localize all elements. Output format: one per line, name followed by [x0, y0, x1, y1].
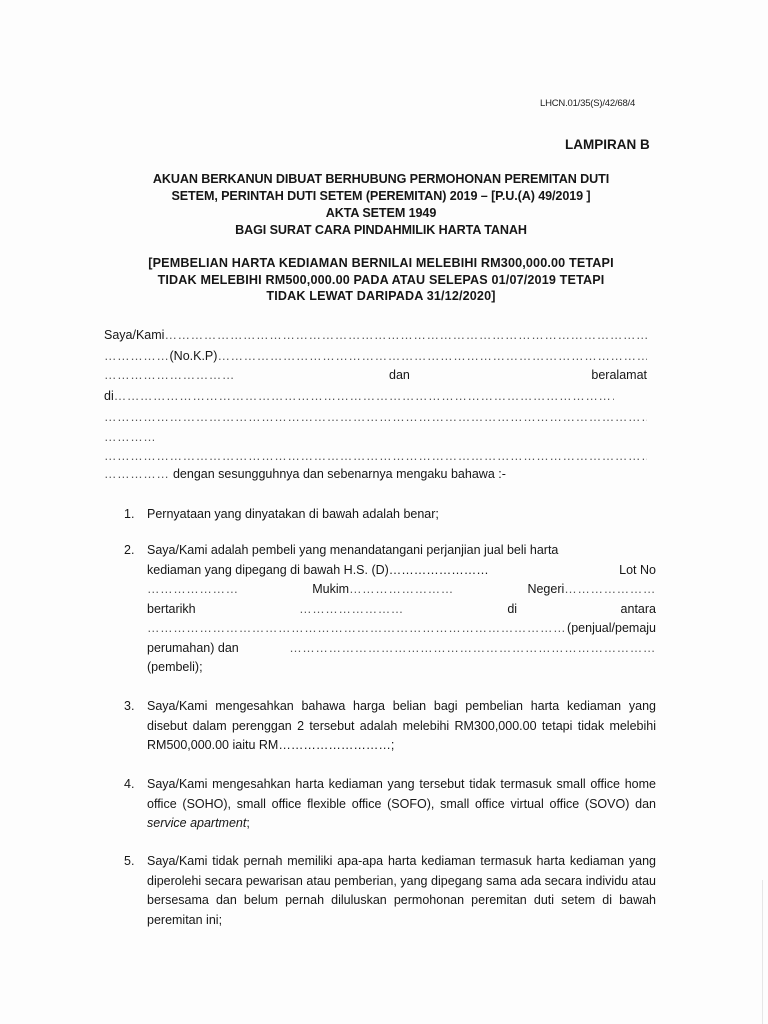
item-number: 3. — [124, 697, 134, 717]
statement-item-4: 4. Saya/Kami mengesahkan harta kediaman … — [124, 775, 656, 834]
buyer-blank[interactable]: ………………………………………………………………………… — [289, 639, 656, 659]
between-label: antara — [621, 600, 656, 620]
title-line: SETEM, PERINTAH DUTI SETEM (PEREMITAN) 2… — [100, 188, 662, 205]
address-blank-2[interactable]: …………………………………………………………………………………………………………… — [104, 410, 647, 424]
lot-blank[interactable]: ………………… — [147, 580, 239, 600]
statement-item-5: 5. Saya/Kami tidak pernah memiliki apa-a… — [124, 852, 656, 930]
item-number: 2. — [124, 541, 134, 561]
and-address-row: ………………………… dan beralamat — [104, 368, 647, 382]
statement-item-3: 3. Saya/Kami mengesahkan bahawa harga be… — [124, 697, 656, 756]
reference-number: LHCN.01/35(S)/42/68/4 — [540, 98, 635, 109]
at-label: di — [507, 600, 517, 620]
ic-blank[interactable]: …………………………………………………………………………………………………………… — [217, 349, 647, 363]
item-line: bertarikh …………………… di antara — [147, 600, 656, 620]
item-number: 1. — [124, 505, 134, 525]
document-page: LHCN.01/35(S)/42/68/4 LAMPIRAN B AKUAN B… — [0, 0, 768, 1024]
item-line: ………………… Mukim…………………… Negeri………………… — [147, 580, 656, 600]
item-text: Saya/Kami mengesahkan bahawa harga belia… — [147, 697, 656, 756]
address-field-1[interactable]: di……………………………………………………………………………………………………… — [104, 388, 614, 404]
subtitle-line: [PEMBELIAN HARTA KEDIAMAN BERNILAI MELEB… — [100, 255, 662, 272]
developer-and-label: perumahan) dan — [147, 639, 239, 659]
subtitle-line: TIDAK MELEBIHI RM500,000.00 PADA ATAU SE… — [100, 272, 662, 289]
second-party-blank[interactable]: ………………………… — [104, 368, 239, 382]
and-label: dan — [389, 368, 410, 382]
item-number: 5. — [124, 852, 134, 872]
item-text: Saya/Kami mengesahkan harta kediaman yan… — [147, 775, 656, 834]
name-label: Saya/Kami — [104, 328, 164, 342]
item-text-italic: service apartment — [147, 816, 246, 830]
lot-label: Lot No — [619, 561, 656, 581]
declaration-line: …………… dengan sesungguhnya dan sebenarnya… — [104, 466, 647, 482]
title-line: AKUAN BERKANUN DIBUAT BERHUBUNG PERMOHON… — [100, 171, 662, 188]
item-body: Saya/Kami adalah pembeli yang menandatan… — [147, 541, 656, 678]
mukim-label: Mukim — [312, 582, 349, 596]
address-blank-3[interactable]: …………………………………………………………………………………………………………… — [104, 430, 154, 444]
seller-label: (penjual/pemaju — [567, 619, 656, 639]
document-title: AKUAN BERKANUN DIBUAT BERHUBUNG PERMOHON… — [100, 171, 662, 239]
date-blank[interactable]: …………………… — [299, 600, 404, 620]
address-field-4[interactable]: …………………………………………………………………………………………………………… — [104, 448, 647, 464]
address-blank-5[interactable]: …………… — [104, 467, 170, 481]
declaration-closing: dengan sesungguhnya dan sebenarnya menga… — [173, 467, 506, 481]
ic-field[interactable]: ……………(No.K.P)………………………………………………………………………… — [104, 348, 647, 364]
item-line: Saya/Kami adalah pembeli yang menandatan… — [147, 541, 656, 561]
at-label: di — [104, 389, 114, 403]
negeri-label: Negeri — [527, 582, 564, 596]
address-field-3[interactable]: …………………………………………………………………………………………………………… — [104, 429, 154, 445]
seller-blank[interactable]: …………………………………………………………………………………… — [147, 619, 566, 639]
subtitle-line: TIDAK LEWAT DARIPADA 31/12/2020] — [100, 288, 662, 305]
address-blank-4[interactable]: …………………………………………………………………………………………………………… — [104, 449, 647, 463]
address-blank-1[interactable]: …………………………………………………………………………………………………………… — [114, 389, 614, 403]
negeri-field[interactable]: Negeri………………… — [527, 580, 656, 600]
item-line: …………………………………………………………………………………… (penjua… — [147, 619, 656, 639]
page-edge — [762, 880, 763, 1024]
item-text: Saya/Kami tidak pernah memiliki apa-apa … — [147, 852, 656, 930]
address-label: beralamat — [591, 368, 647, 382]
attachment-label: LAMPIRAN B — [565, 137, 650, 152]
hs-field[interactable]: kediaman yang dipegang di bawah H.S. (D)… — [147, 561, 489, 581]
item-line: kediaman yang dipegang di bawah H.S. (D)… — [147, 561, 656, 581]
ic-label: (No.K.P) — [170, 349, 218, 363]
item-text-main: Saya/Kami mengesahkan harta kediaman yan… — [147, 777, 656, 811]
item-text: Pernyataan yang dinyatakan di bawah adal… — [147, 505, 656, 525]
dated-label: bertarikh — [147, 600, 196, 620]
name-field[interactable]: Saya/Kami…………………………………………………………………………………… — [104, 327, 647, 343]
item-line: perumahan) dan …………………………………………………………………… — [147, 639, 656, 659]
document-subtitle: [PEMBELIAN HARTA KEDIAMAN BERNILAI MELEB… — [100, 255, 662, 305]
buyer-label: (pembeli); — [147, 658, 656, 678]
address-field-2[interactable]: …………………………………………………………………………………………………………… — [104, 409, 647, 425]
item-text: Saya/Kami adalah pembeli yang menandatan… — [147, 541, 558, 561]
mukim-field[interactable]: Mukim…………………… — [312, 580, 454, 600]
title-line: AKTA SETEM 1949 — [100, 205, 662, 222]
ic-blank-pre[interactable]: …………… — [104, 349, 170, 363]
name-blank[interactable]: …………………………………………………………………………………………………………… — [164, 328, 647, 342]
statement-item-1: 1. Pernyataan yang dinyatakan di bawah a… — [124, 505, 656, 525]
statement-item-2: 2. Saya/Kami adalah pembeli yang menanda… — [124, 541, 656, 678]
item-number: 4. — [124, 775, 134, 795]
title-line: BAGI SURAT CARA PINDAHMILIK HARTA TANAH — [100, 222, 662, 239]
item-text-end: ; — [246, 816, 249, 830]
